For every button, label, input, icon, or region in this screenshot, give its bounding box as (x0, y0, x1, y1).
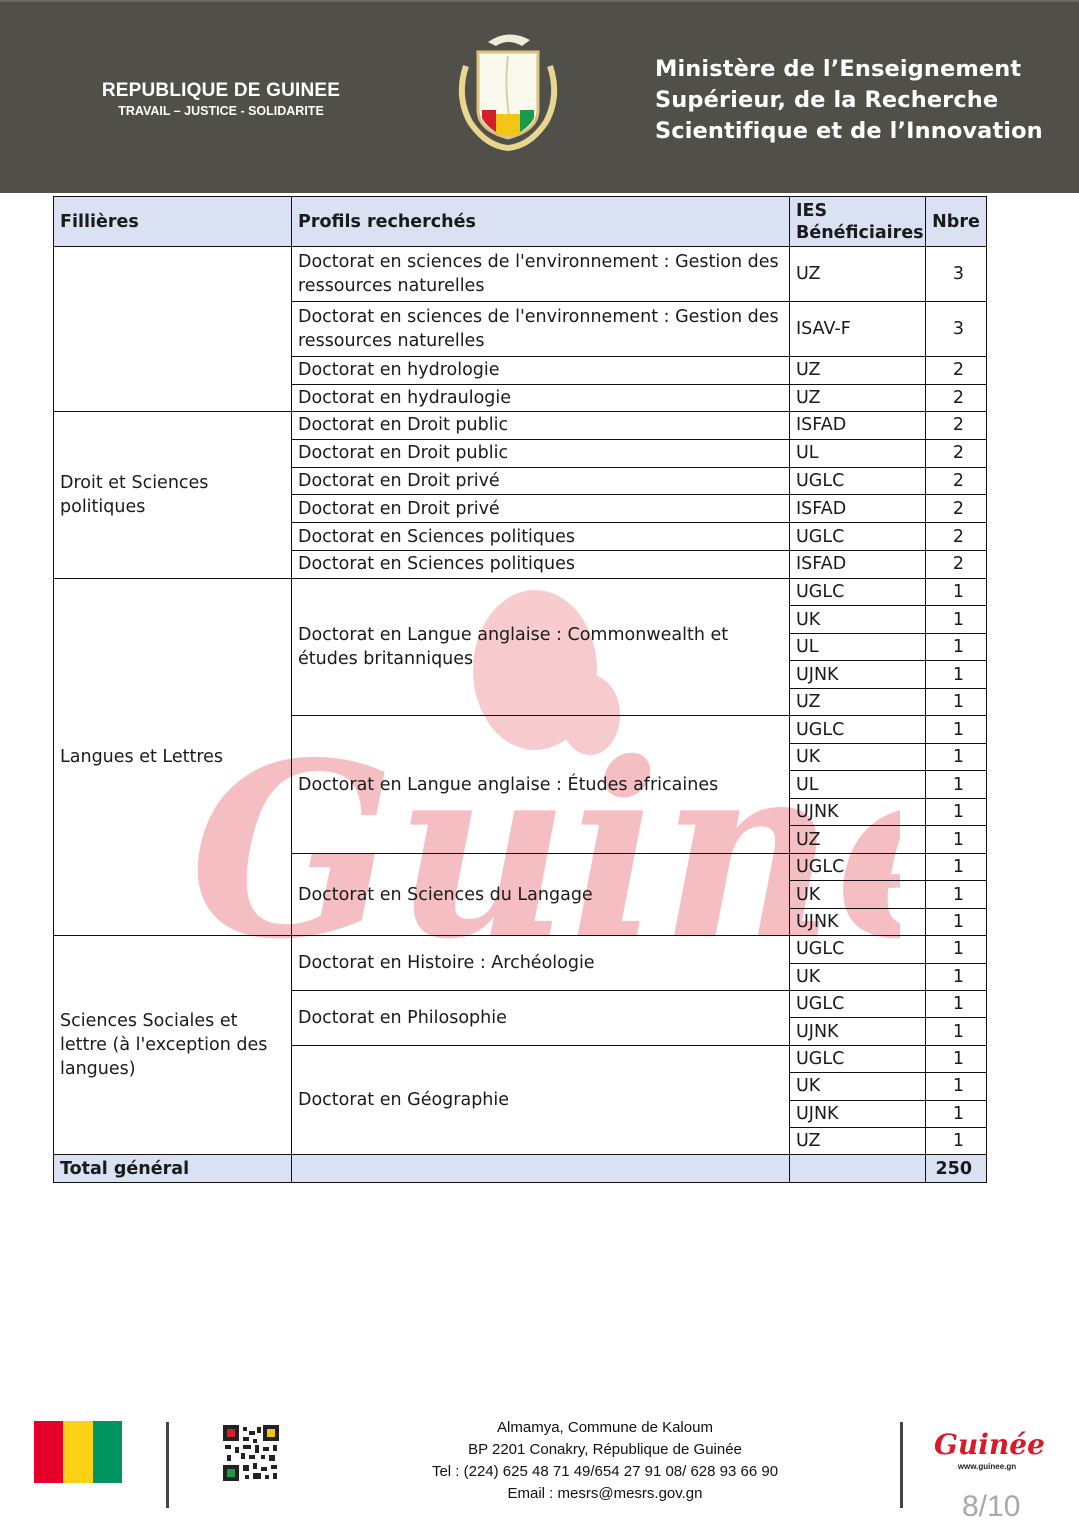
coat-of-arms-icon (452, 26, 564, 156)
total-value: 250 (926, 1155, 987, 1183)
ies-cell: UJNK (790, 1018, 926, 1045)
nbre-cell: 2 (926, 439, 987, 467)
ies-cell: UJNK (790, 908, 926, 936)
ies-cell: ISFAD (790, 412, 926, 440)
profile-cell: Doctorat en Langue anglaise : Études afr… (292, 716, 790, 854)
nbre-cell: 2 (926, 357, 987, 385)
ies-cell: UZ (790, 1128, 926, 1155)
filiere-cell: Sciences Sociales et lettre (à l'excepti… (54, 936, 292, 1155)
ies-cell: ISFAD (790, 495, 926, 523)
republic-block: REPUBLIQUE DE GUINEE TRAVAIL – JUSTICE -… (90, 80, 352, 118)
ministry-line: Supérieur, de la Recherche (655, 85, 1043, 116)
ies-cell: UZ (790, 247, 926, 302)
ies-cell: UK (790, 606, 926, 634)
email-line[interactable]: Email : mesrs@mesrs.gov.gn (340, 1483, 870, 1505)
total-empty-cell (790, 1155, 926, 1183)
ies-cell: UL (790, 439, 926, 467)
nbre-cell: 1 (926, 716, 987, 744)
nbre-cell: 2 (926, 550, 987, 578)
nbre-cell: 2 (926, 467, 987, 495)
nbre-cell: 1 (926, 661, 987, 689)
profile-cell: Doctorat en hydrologie (292, 357, 790, 385)
nbre-cell: 1 (926, 578, 987, 606)
nbre-cell: 3 (926, 302, 987, 357)
ies-cell: UGLC (790, 467, 926, 495)
ies-cell: UGLC (790, 991, 926, 1018)
nbre-cell: 1 (926, 963, 987, 990)
ies-cell: UGLC (790, 853, 926, 881)
table-row: Langues et LettresDoctorat en Langue ang… (54, 578, 987, 606)
nbre-cell: 1 (926, 991, 987, 1018)
profile-cell: Doctorat en Droit public (292, 439, 790, 467)
guinee-logo-icon: Guinée (934, 1428, 1040, 1462)
nbre-cell: 2 (926, 412, 987, 440)
nbre-cell: 1 (926, 853, 987, 881)
ies-cell: UK (790, 743, 926, 771)
national-motto: TRAVAIL – JUSTICE - SOLIDARITE (90, 104, 352, 118)
column-header-profils: Profils recherchés (292, 197, 790, 247)
total-label: Total général (54, 1155, 292, 1183)
ministry-name: Ministère de l’Enseignement Supérieur, d… (655, 54, 1043, 147)
ies-cell: ISAV-F (790, 302, 926, 357)
ies-cell: UJNK (790, 798, 926, 826)
ies-cell: UZ (790, 384, 926, 412)
ies-cell: UJNK (790, 661, 926, 689)
ies-cell: UGLC (790, 1045, 926, 1072)
nbre-cell: 1 (926, 1073, 987, 1100)
filiere-cell: Langues et Lettres (54, 578, 292, 936)
profile-cell: Doctorat en Sciences politiques (292, 523, 790, 551)
total-row: Total général 250 (54, 1155, 987, 1183)
phone-line: Tel : (224) 625 48 71 49/654 27 91 08/ 6… (340, 1461, 870, 1483)
nbre-cell: 1 (926, 798, 987, 826)
country-name: REPUBLIQUE DE GUINEE (90, 80, 352, 102)
nbre-cell: 1 (926, 633, 987, 661)
table-row: Doctorat en sciences de l'environnement … (54, 247, 987, 302)
column-header-ies: IES Bénéficiaires (790, 197, 926, 247)
nbre-cell: 1 (926, 606, 987, 634)
nbre-cell: 1 (926, 826, 987, 854)
nbre-cell: 1 (926, 1018, 987, 1045)
nbre-cell: 1 (926, 936, 987, 963)
profile-cell: Doctorat en hydraulogie (292, 384, 790, 412)
page-number: 8/10 (962, 1490, 1020, 1524)
flag-green-stripe (93, 1421, 122, 1483)
profile-cell: Doctorat en sciences de l'environnement … (292, 247, 790, 302)
ies-cell: UL (790, 771, 926, 799)
profile-cell: Doctorat en Droit public (292, 412, 790, 440)
ministry-address: Almamya, Commune de Kaloum BP 2201 Conak… (340, 1417, 870, 1505)
footer-divider (166, 1422, 169, 1508)
nbre-cell: 2 (926, 523, 987, 551)
flag-yellow-stripe (63, 1421, 92, 1483)
nbre-cell: 2 (926, 495, 987, 523)
ies-cell: UGLC (790, 578, 926, 606)
filiere-cell: Droit et Sciences politiques (54, 412, 292, 579)
profile-cell: Doctorat en Sciences politiques (292, 550, 790, 578)
footer-divider (900, 1422, 903, 1508)
nbre-cell: 1 (926, 1045, 987, 1072)
ies-cell: UGLC (790, 716, 926, 744)
doctoral-profiles-table: Fillières Profils recherchés IES Bénéfic… (53, 196, 987, 1183)
ministry-line: Scientifique et de l’Innovation (655, 116, 1043, 147)
ies-cell: UGLC (790, 936, 926, 963)
profile-cell: Doctorat en Langue anglaise : Commonweal… (292, 578, 790, 716)
column-header-nbre: Nbre (926, 197, 987, 247)
address-line: Almamya, Commune de Kaloum (340, 1417, 870, 1439)
profile-cell: Doctorat en Philosophie (292, 991, 790, 1046)
nbre-cell: 3 (926, 247, 987, 302)
ies-cell: UGLC (790, 523, 926, 551)
ministry-line: Ministère de l’Enseignement (655, 54, 1043, 85)
nbre-cell: 1 (926, 1128, 987, 1155)
guinee-brand-logo[interactable]: Guinée www.guinee.gn (934, 1428, 1040, 1471)
ies-cell: UK (790, 881, 926, 909)
filiere-cell (54, 247, 292, 412)
brand-url[interactable]: www.guinee.gn (934, 1462, 1040, 1471)
nbre-cell: 1 (926, 908, 987, 936)
address-line: BP 2201 Conakry, République de Guinée (340, 1439, 870, 1461)
nbre-cell: 1 (926, 771, 987, 799)
guinea-flag-icon (34, 1421, 122, 1483)
nbre-cell: 1 (926, 743, 987, 771)
nbre-cell: 1 (926, 1100, 987, 1127)
ies-cell: UK (790, 963, 926, 990)
table-row: Droit et Sciences politiquesDoctorat en … (54, 412, 987, 440)
table-header-row: Fillières Profils recherchés IES Bénéfic… (54, 197, 987, 247)
ies-cell: UK (790, 1073, 926, 1100)
profile-cell: Doctorat en Histoire : Archéologie (292, 936, 790, 991)
ies-cell: UL (790, 633, 926, 661)
qr-code-icon[interactable] (223, 1425, 279, 1481)
profile-cell: Doctorat en Géographie (292, 1045, 790, 1155)
total-empty-cell (292, 1155, 790, 1183)
ies-cell: UZ (790, 688, 926, 716)
table-row: Sciences Sociales et lettre (à l'excepti… (54, 936, 987, 963)
flag-red-stripe (34, 1421, 63, 1483)
column-header-filieres: Fillières (54, 197, 292, 247)
ies-cell: UZ (790, 826, 926, 854)
nbre-cell: 1 (926, 881, 987, 909)
ies-cell: UJNK (790, 1100, 926, 1127)
ies-cell: UZ (790, 357, 926, 385)
profile-cell: Doctorat en Droit privé (292, 495, 790, 523)
ies-cell: ISFAD (790, 550, 926, 578)
profile-cell: Doctorat en sciences de l'environnement … (292, 302, 790, 357)
nbre-cell: 2 (926, 384, 987, 412)
letterhead-banner: REPUBLIQUE DE GUINEE TRAVAIL – JUSTICE -… (0, 0, 1079, 193)
profile-cell: Doctorat en Sciences du Langage (292, 853, 790, 936)
nbre-cell: 1 (926, 688, 987, 716)
profile-cell: Doctorat en Droit privé (292, 467, 790, 495)
